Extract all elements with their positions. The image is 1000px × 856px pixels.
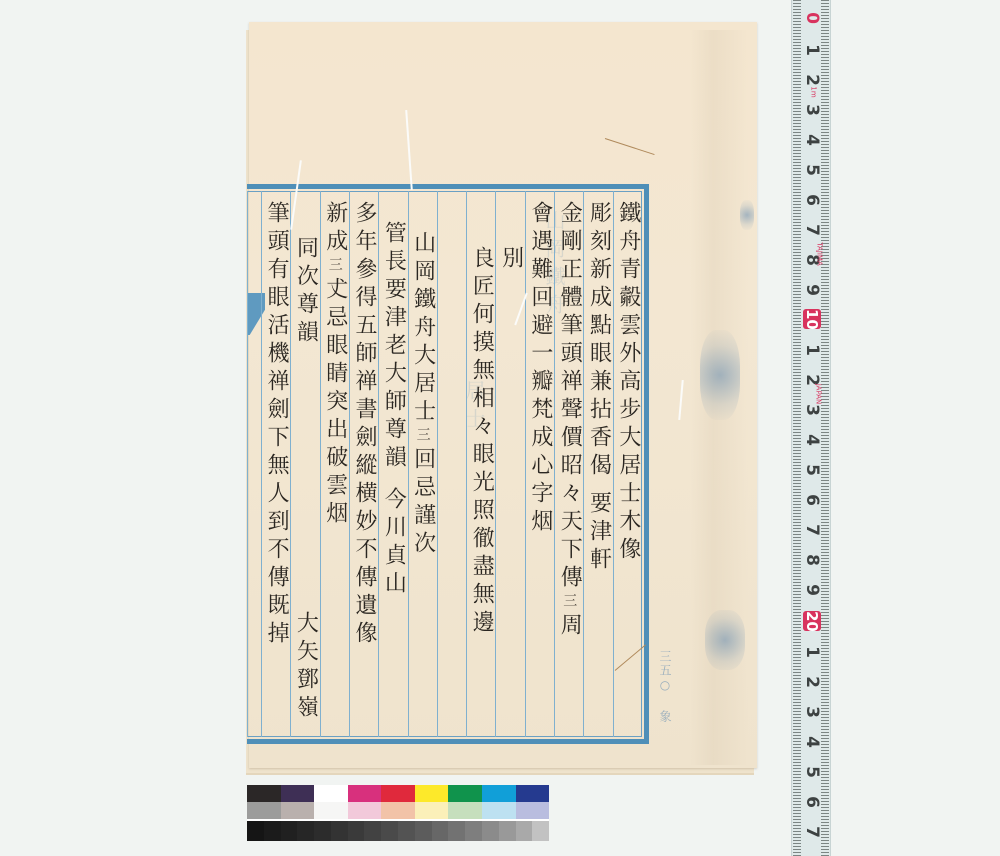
text-columns: 鐵舟青㲉雲外高步大居士木像 彫刻新成點眼兼拈香偈 要津軒 金剛正體筆頭禅聲價昭々… (247, 191, 642, 737)
column-text: 金剛正體筆頭禅聲價昭々天下傳 (556, 201, 582, 593)
text-column-margin (247, 191, 261, 737)
text-column: 良匠何摸無相々眼光照徹盡無邊 (466, 191, 495, 737)
ruler-number: 3 (802, 100, 822, 120)
ruler-number: 2 (802, 672, 822, 692)
column-text: 筆頭有眼活機禅劍下無人到不傳既掉 (263, 201, 289, 649)
color-swatch (348, 785, 382, 802)
color-swatch (448, 785, 482, 802)
color-swatch (281, 785, 315, 802)
ink-blot (740, 200, 754, 230)
color-swatch (381, 785, 415, 802)
ruler-number: 20 (803, 611, 821, 631)
ink-blot (705, 610, 745, 670)
column-text-tail: 回忌謹次 (410, 447, 436, 559)
ruler-ticks (793, 0, 801, 856)
color-swatch (281, 802, 315, 819)
color-calibration-chart (247, 785, 549, 841)
column-text: 多年參得五師禅書劍縱横妙不傳遺像 (351, 201, 377, 649)
text-column: 筆頭有眼活機禅劍下無人到不傳既掉 (261, 191, 290, 737)
color-swatch (482, 785, 516, 802)
ink-blot (700, 330, 740, 420)
color-swatch (297, 821, 314, 841)
ruler-number: 10 (803, 309, 821, 329)
color-swatch (264, 821, 281, 841)
text-column: 別 (495, 191, 524, 737)
color-swatch (482, 802, 516, 819)
text-column: 會遇難回避一瓣梵成心字烟 (525, 191, 554, 737)
color-swatch (247, 785, 281, 802)
margin-mark: 三五○ 象 (657, 650, 674, 724)
text-column: 鐵舟青㲉雲外高步大居士木像 (613, 191, 642, 737)
column-text: 彫刻新成點眼兼拈香偈 (586, 201, 612, 481)
tint-swatch-row (247, 802, 549, 819)
column-text: 會遇難回避一瓣梵成心字烟 (527, 201, 553, 537)
ruler-number: 1 (802, 40, 822, 60)
column-text: 山岡鐵舟大居士 (410, 231, 436, 427)
column-text: 同次尊韻 (292, 236, 318, 348)
column-small-note: 三 (556, 593, 582, 613)
measuring-ruler: 0123456789101234567892012345671mTAJIMAJA… (791, 0, 831, 856)
column-text: 良匠何摸無相々眼光照徹盡無邊 (468, 246, 494, 638)
color-swatch (516, 802, 550, 819)
text-column (437, 191, 466, 737)
color-swatch (364, 821, 381, 841)
color-swatch (398, 821, 415, 841)
column-text: 鐵舟青㲉雲外高步大居士木像 (615, 201, 641, 565)
ruler-number: 8 (802, 550, 822, 570)
column-small-note: 三 (410, 427, 436, 447)
column-signature: 要津軒 (586, 491, 612, 575)
ruler-number: 1 (802, 642, 822, 662)
color-swatch (482, 821, 499, 841)
text-column: 金剛正體筆頭禅聲價昭々天下傳 三 周 (554, 191, 583, 737)
signature-block: 大矢鄧嶺 (291, 611, 319, 723)
ruler-number: 9 (802, 580, 822, 600)
color-swatch (516, 785, 550, 802)
ruler-label: TAJIMA (816, 242, 824, 265)
color-swatch (331, 821, 348, 841)
color-swatch (348, 802, 382, 819)
ruler-number: 9 (802, 280, 822, 300)
ruler-ticks (821, 0, 829, 856)
column-text: 管長要津老大師尊韻 (380, 221, 406, 473)
color-swatch (281, 821, 298, 841)
text-column: 多年參得五師禅書劍縱横妙不傳遺像 (349, 191, 378, 737)
ruler-number: 4 (802, 130, 822, 150)
column-text: 新成 (322, 201, 348, 257)
color-swatch (532, 821, 549, 841)
ruler-number: 7 (802, 520, 822, 540)
ruler-label: 1m (810, 86, 818, 97)
ruler-number: 7 (802, 220, 822, 240)
text-column: 山岡鐵舟大居士 三 回忌謹次 (408, 191, 437, 737)
ruler-number: 5 (802, 460, 822, 480)
column-signature: 今川貞山 (380, 487, 406, 599)
ruler-number: 6 (802, 792, 822, 812)
column-text: 別 (498, 246, 524, 274)
column-signature: 大矢鄧嶺 (292, 611, 318, 723)
color-swatch (348, 821, 365, 841)
ruler-number: 3 (802, 702, 822, 722)
color-swatch (432, 821, 449, 841)
color-swatch (465, 821, 482, 841)
color-swatch-row (247, 785, 549, 802)
ruler-number: 6 (802, 490, 822, 510)
color-swatch (516, 821, 533, 841)
text-column: 管長要津老大師尊韻 今川貞山 (378, 191, 407, 737)
ruler-number: 4 (802, 430, 822, 450)
color-swatch (314, 821, 331, 841)
column-text-tail: 𠀋忌眼睛突出破雲烟 (322, 277, 348, 529)
color-swatch (499, 821, 516, 841)
color-swatch (247, 802, 281, 819)
color-swatch (415, 785, 449, 802)
ruler-number: 0 (802, 8, 822, 28)
color-swatch (247, 821, 264, 841)
color-swatch (415, 821, 432, 841)
ruler-number: 5 (802, 160, 822, 180)
ruler-number: 7 (802, 822, 822, 842)
color-swatch (314, 785, 348, 802)
color-swatch (314, 802, 348, 819)
ruler-label: JAPAN (814, 384, 822, 405)
color-swatch (448, 802, 482, 819)
ruler-number: 4 (802, 732, 822, 752)
text-column: 新成 三 𠀋忌眼睛突出破雲烟 (320, 191, 349, 737)
text-column: 同次尊韻 大矢鄧嶺 (290, 191, 319, 737)
color-swatch (448, 821, 465, 841)
color-swatch (381, 821, 398, 841)
ruler-number: 6 (802, 190, 822, 210)
color-swatch (415, 802, 449, 819)
ruler-number: 1 (802, 340, 822, 360)
column-small-note: 三 (322, 257, 348, 277)
ruler-number: 5 (802, 762, 822, 782)
text-column: 彫刻新成點眼兼拈香偈 要津軒 (583, 191, 612, 737)
color-swatch (381, 802, 415, 819)
column-text-tail: 周 (556, 613, 582, 641)
grayscale-step-row (247, 821, 549, 841)
